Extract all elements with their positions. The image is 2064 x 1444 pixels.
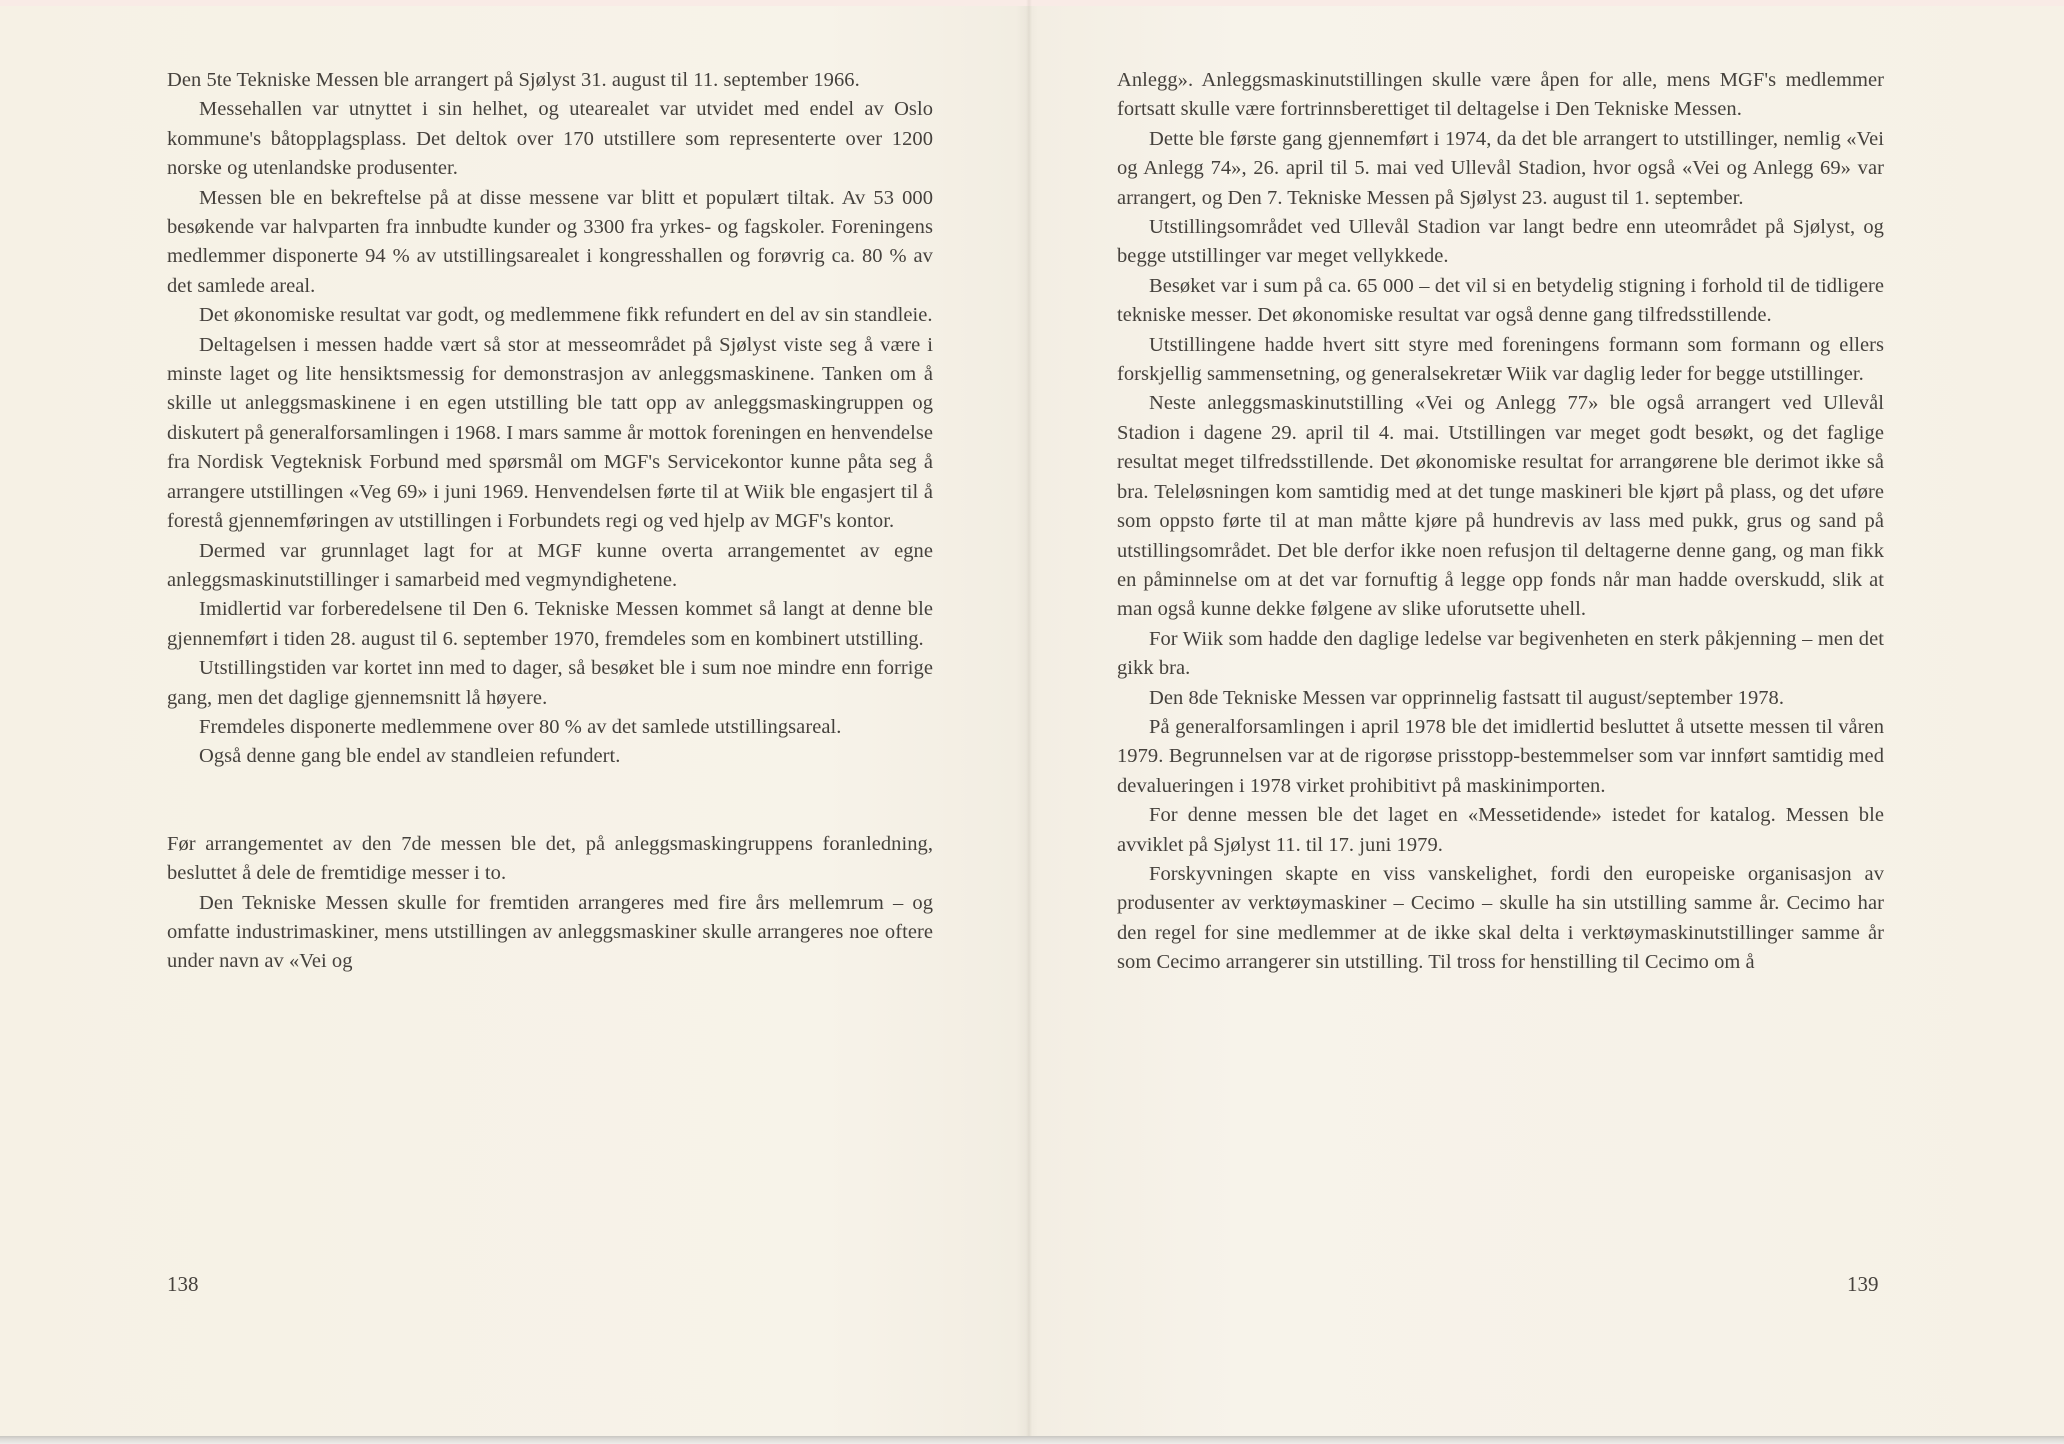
paragraph: Utstillingene hadde hvert sitt styre med… <box>1117 331 1884 390</box>
page-number-left: 138 <box>167 1272 199 1297</box>
book-spread: Den 5te Tekniske Messen ble arrangert på… <box>0 0 2064 1436</box>
paragraph: Utstillingstiden var kortet inn med to d… <box>167 654 933 713</box>
paragraph: Også denne gang ble endel av standleien … <box>167 742 933 771</box>
paragraph: Den 8de Tekniske Messen var opprinnelig … <box>1117 684 1884 713</box>
paragraph: Fremdeles disponerte medlemmene over 80 … <box>167 713 933 742</box>
paragraph: Neste anleggsmaskinutstilling «Vei og An… <box>1117 389 1884 624</box>
paragraph: Imidlertid var forberedelsene til Den 6.… <box>167 595 933 654</box>
paragraph: For denne messen ble det laget en «Messe… <box>1117 801 1884 860</box>
paragraph: Messen ble en bekreftelse på at disse me… <box>167 184 933 302</box>
paragraph: Dette ble første gang gjennemført i 1974… <box>1117 125 1884 213</box>
left-page: Den 5te Tekniske Messen ble arrangert på… <box>167 66 933 977</box>
paragraph: Den Tekniske Messen skulle for fremtiden… <box>167 889 933 977</box>
section-break <box>167 772 933 830</box>
paragraph: Før arrangementet av den 7de messen ble … <box>167 830 933 889</box>
right-page: Anlegg». Anleggsmaskinutstillingen skull… <box>1117 66 1884 978</box>
paragraph: Den 5te Tekniske Messen ble arrangert på… <box>167 66 933 95</box>
top-edge <box>0 0 2064 6</box>
paragraph: Deltagelsen i messen hadde vært så stor … <box>167 331 933 537</box>
bottom-edge <box>0 1436 2064 1444</box>
paragraph: Messehallen var utnyttet i sin helhet, o… <box>167 95 933 183</box>
paragraph: Utstillingsområdet ved Ullevål Stadion v… <box>1117 213 1884 272</box>
page-number-right: 139 <box>1847 1272 1879 1297</box>
paragraph: For Wiik som hadde den daglige ledelse v… <box>1117 625 1884 684</box>
paragraph: Forskyvningen skapte en viss vanskelighe… <box>1117 860 1884 978</box>
paragraph: Det økonomiske resultat var godt, og med… <box>167 301 933 330</box>
paragraph: Dermed var grunnlaget lagt for at MGF ku… <box>167 537 933 596</box>
paragraph: Besøket var i sum på ca. 65 000 – det vi… <box>1117 272 1884 331</box>
book-gutter <box>1026 0 1032 1436</box>
paragraph: Anlegg». Anleggsmaskinutstillingen skull… <box>1117 66 1884 125</box>
paragraph: På generalforsamlingen i april 1978 ble … <box>1117 713 1884 801</box>
